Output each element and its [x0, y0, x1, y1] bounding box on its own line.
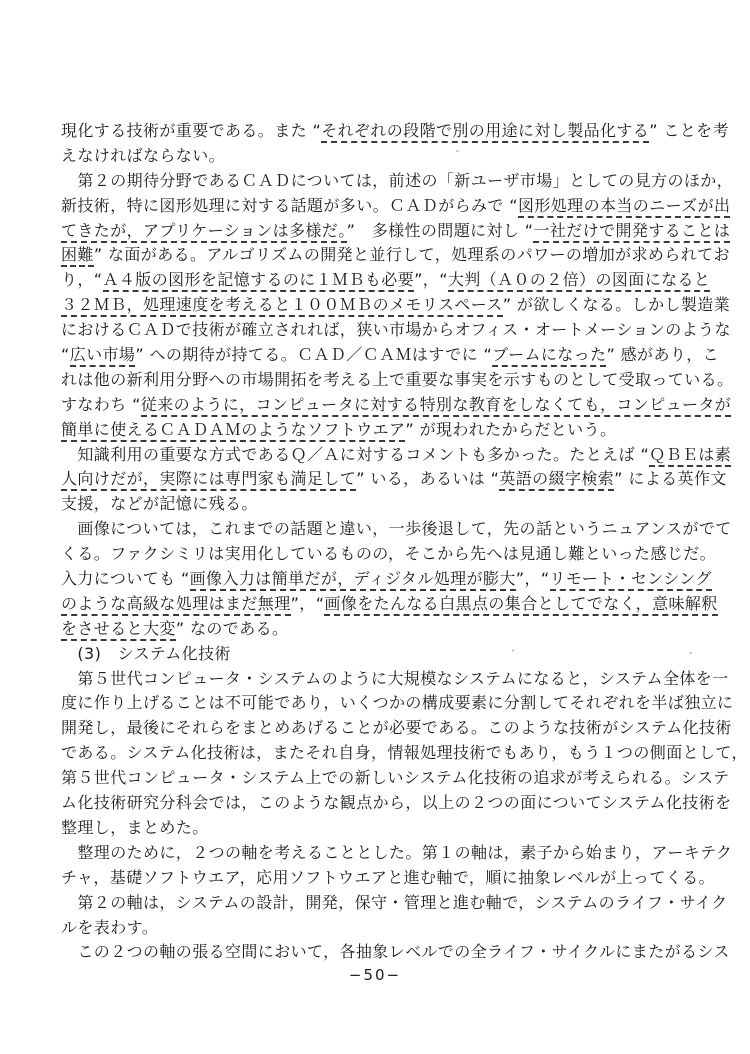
text-segment: である。システム化技術は，またそれ自身，情報処理技術でもあり，もう１つの側面とし… [61, 743, 748, 762]
text-segment: ” による英作文 [614, 469, 727, 488]
text-line: ルを表わす。 [61, 916, 701, 941]
text-segment: ” が欲しくなる。しかし製造業 [503, 295, 730, 314]
text-line: 知識利用の重要な方式であるＱ／Ａに対するコメントも多かった。たとえば “ＱＢＥは… [61, 443, 701, 468]
document-page: 現化する技術が重要である。また “それぞれの段階で別の用途に対し製品化する” こ… [0, 0, 750, 1054]
underlined-phrase: 画像をたんなる白黒点の集合としてでなく，意味解釈 [324, 594, 717, 616]
page-number: −50− [0, 966, 750, 984]
text-segment: くる。ファクシミリは実用化しているものの，そこから先へは見通し難といった感じだ。 [61, 544, 716, 563]
text-segment: ” が現われたからだという。 [405, 420, 616, 439]
text-segment: 整理のために，２つの軸を考えることとした。第１の軸は，素子から始まり，アーキテク [61, 843, 732, 862]
text-segment: ” いる，あるいは “ [356, 469, 499, 488]
text-line: くる。ファクシミリは実用化しているものの，そこから先へは見通し難といった感じだ。 [61, 542, 701, 567]
text-line: 人向けだが，実際には専門家も満足して” いる，あるいは “英語の綴字検索” によ… [61, 467, 701, 492]
text-segment: 入力についても “ [61, 569, 190, 588]
text-line: “広い市場” への期待が持てる。ＣＡＤ／ＣＡＭはすでに “ブームになった” 感が… [61, 343, 701, 368]
text-segment: ” なのである。 [176, 619, 289, 638]
underlined-phrase: 画像入力は簡単だが，ディジタル処理が膨大 [190, 569, 516, 591]
text-line: 開発し，最後にそれらをまとめあげることが必要である。このような技術がシステム化技… [61, 716, 701, 741]
text-segment: ム化技術研究分科会では，このような観点から，以上の２つの面についてシステム化技術… [61, 793, 731, 812]
text-segment: 第２の期待分野であるＣＡＤについては，前述の「新ユーザ市場」としての見方のほか， [61, 171, 733, 190]
text-line: 整理のために，２つの軸を考えることとした。第１の軸は，素子から始まり，アーキテク [61, 841, 701, 866]
text-line: におけるＣＡＤで技術が確立されれば，狭い市場からオフィス・オートメーションのよう… [61, 318, 701, 343]
underlined-phrase: Ａ４版の図形を記憶するのに１ＭＢも必要 [103, 270, 415, 292]
text-line: 支援，などが記憶に残る。 [61, 492, 701, 517]
text-line: てきたが，アプリケーションは多様だ。” 多様性の問題に対し “一社だけで開発する… [61, 219, 701, 244]
underlined-phrase: 困難 [61, 245, 94, 267]
text-segment: すなわち “ [61, 395, 141, 414]
text-segment: り，“ [61, 270, 103, 289]
text-segment: 第２の軸は，システムの設計，開発，保守・管理と進む軸で，システムのライフ・サイク [61, 893, 727, 912]
text-line: 入力についても “画像入力は簡単だが，ディジタル処理が膨大”，“リモート・センシ… [61, 567, 701, 592]
text-segment: (3) システム化技術 [61, 644, 231, 663]
text-segment: 知識利用の重要な方式であるＱ／Ａに対するコメントも多かった。たとえば “ [61, 445, 649, 464]
underlined-phrase: 一社だけで開発することは [533, 221, 730, 243]
text-segment: ”，“ [414, 270, 448, 289]
text-line: チャ，基礎ソフトウエア，応用ソフトウエアと進む軸で，順に抽象レベルが上ってくる。 [61, 866, 701, 891]
text-segment: ” な面がある。アルゴリズムの開発と並行して，処理系のパワーの増加が求められてお [94, 245, 730, 264]
text-line: 第５世代コンピュータ・システム上での新しいシステム化技術の追求が考えられる。シス… [61, 766, 701, 791]
text-segment: 新技術，特に図形処理に対する話題が多い。ＣＡＤがらみで “ [61, 196, 518, 215]
text-line: 現化する技術が重要である。また “それぞれの段階で別の用途に対し製品化する” こ… [61, 119, 701, 144]
text-segment: 度に作り上げることは不可能であり，いくつかの構成要素に分割してそれぞれを半ば独立… [61, 693, 733, 712]
text-segment: ” への期待が持てる。ＣＡＤ／ＣＡＭはすでに “ [135, 345, 492, 364]
underlined-phrase: 広い市場 [70, 345, 136, 367]
text-line: 新技術，特に図形処理に対する話題が多い。ＣＡＤがらみで “図形処理の本当のニーズ… [61, 194, 701, 219]
document-body: 現化する技術が重要である。また “それぞれの段階で別の用途に対し製品化する” こ… [61, 119, 701, 965]
text-line: 第５世代コンピュータ・システムのように大規模なシステムになると，システム全体を一 [61, 667, 701, 692]
text-line: ム化技術研究分科会では，このような観点から，以上の２つの面についてシステム化技術… [61, 791, 701, 816]
underlined-phrase: ３２ＭＢ，処理速度を考えると１００ＭＢのメモリスペース [61, 295, 503, 317]
text-line: れは他の新利用分野への市場開拓を考える上で重要な事実を示すものとして受取っている… [61, 368, 701, 393]
text-segment: ” ことを考 [649, 121, 729, 140]
text-line: のような高級な処理はまだ無理”，“画像をたんなる白黒点の集合としてでなく，意味解… [61, 592, 701, 617]
text-line: をさせると大変” なのである。 [61, 617, 701, 642]
underlined-phrase: 大判（Ａ０の２倍）の図面になると [448, 270, 710, 292]
underlined-phrase: 人向けだが，実際には専門家も満足して [61, 469, 356, 491]
text-segment: 第５世代コンピュータ・システム上での新しいシステム化技術の追求が考えられる。シス… [61, 768, 729, 787]
underlined-phrase: てきたが，アプリケーションは多様だ。 [61, 221, 347, 243]
underlined-phrase: 従来のように，コンピュータに対する特別な教育をしなくても，コンピュータが [141, 395, 731, 417]
text-line: 整理し，まとめた。 [61, 816, 701, 841]
text-line: である。システム化技術は，またそれ自身，情報処理技術でもあり，もう１つの側面とし… [61, 741, 701, 766]
text-line: この２つの軸の張る空間において，各抽象レベルでの全ライフ・サイクルにまたがるシス [61, 940, 701, 965]
text-segment: ルを表わす。 [61, 918, 158, 937]
text-segment: “ [61, 345, 70, 364]
text-line: えなければならない。 [61, 144, 701, 169]
text-segment: ” 多様性の問題に対し “ [347, 221, 534, 240]
underlined-phrase: ＱＢＥは素 [649, 445, 731, 467]
text-segment: ”，“ [516, 569, 550, 588]
text-line: 度に作り上げることは不可能であり，いくつかの構成要素に分割してそれぞれを半ば独立… [61, 691, 701, 716]
text-line: 簡単に使えるＣＡＤＡＭのようなソフトウエア” が現われたからだという。 [61, 418, 701, 443]
text-line: り，“Ａ４版の図形を記憶するのに１ＭＢも必要”，“大判（Ａ０の２倍）の図面になる… [61, 268, 701, 293]
underlined-phrase: をさせると大変 [61, 619, 176, 641]
text-segment: この２つの軸の張る空間において，各抽象レベルでの全ライフ・サイクルにまたがるシス [61, 942, 730, 961]
text-line: 第２の軸は，システムの設計，開発，保守・管理と進む軸で，システムのライフ・サイク [61, 891, 701, 916]
underlined-phrase: 図形処理の本当のニーズが出 [518, 196, 730, 218]
text-line: すなわち “従来のように，コンピュータに対する特別な教育をしなくても，コンピュー… [61, 393, 701, 418]
underlined-phrase: それぞれの段階で別の用途に対し製品化する [321, 121, 649, 143]
text-segment: 第５世代コンピュータ・システムのように大規模なシステムになると，システム全体を一 [61, 669, 729, 688]
underlined-phrase: のような高級な処理はまだ無理 [61, 594, 291, 616]
text-line: 第２の期待分野であるＣＡＤについては，前述の「新ユーザ市場」としての見方のほか， [61, 169, 701, 194]
text-line: ３２ＭＢ，処理速度を考えると１００ＭＢのメモリスペース” が欲しくなる。しかし製… [61, 293, 701, 318]
text-segment: ”，“ [291, 594, 325, 613]
text-segment: ” 感があり，こ [606, 345, 719, 364]
underlined-phrase: ブームになった [492, 345, 606, 367]
underlined-phrase: 簡単に使えるＣＡＤＡＭのようなソフトウエア [61, 420, 405, 442]
text-line: 困難” な面がある。アルゴリズムの開発と並行して，処理系のパワーの増加が求められ… [61, 243, 701, 268]
text-segment: におけるＣＡＤで技術が確立されれば，狭い市場からオフィス・オートメーションのよう… [61, 320, 731, 339]
text-segment: チャ，基礎ソフトウエア，応用ソフトウエアと進む軸で，順に抽象レベルが上ってくる。 [61, 868, 715, 887]
text-segment: えなければならない。 [61, 146, 225, 165]
text-segment: 現化する技術が重要である。また “ [61, 121, 321, 140]
text-line: (3) システム化技術 [61, 642, 701, 667]
text-segment: れは他の新利用分野への市場開拓を考える上で重要な事実を示すものとして受取っている… [61, 370, 733, 389]
text-segment: 開発し，最後にそれらをまとめあげることが必要である。このような技術がシステム化技… [61, 718, 732, 737]
text-line: 画像については，これまでの話題と違い，一歩後退して，先の話というニュアンスがでて [61, 517, 701, 542]
underlined-phrase: リモート・センシング [550, 569, 712, 591]
text-segment: 画像については，これまでの話題と違い，一歩後退して，先の話というニュアンスがでて [61, 519, 732, 538]
text-segment: 整理し，まとめた。 [61, 818, 209, 837]
text-segment: 支援，などが記憶に残る。 [61, 494, 258, 513]
underlined-phrase: 英語の綴字検索 [499, 469, 614, 491]
